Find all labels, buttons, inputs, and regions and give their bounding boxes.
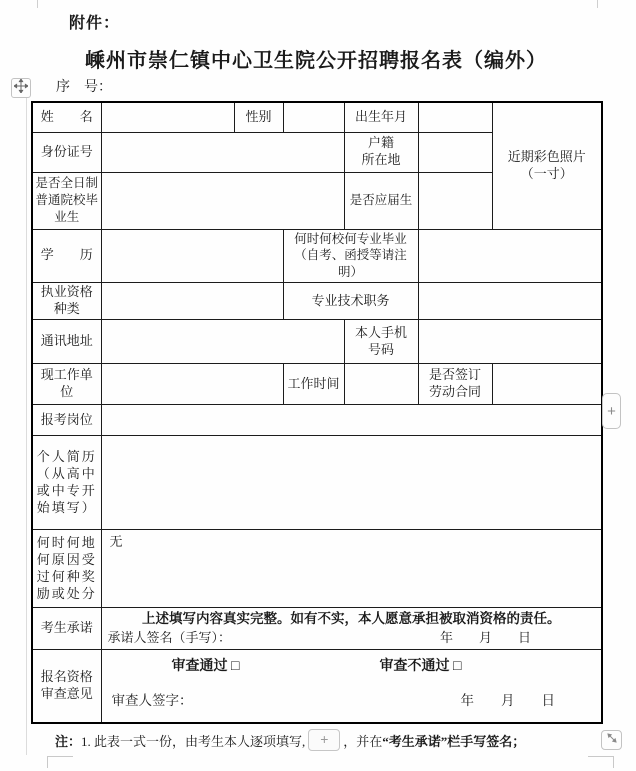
reviewer-sign-label: 审查人签字： xyxy=(112,692,193,710)
graduation-value-cell[interactable] xyxy=(418,229,602,283)
row-awards: 何时何地 何原因受 过何种奖 励或处分 无 xyxy=(32,530,602,608)
position-label: 报考岗位 xyxy=(32,405,101,436)
row-position: 报考岗位 xyxy=(32,405,602,436)
fulltime-value-cell[interactable] xyxy=(101,172,344,229)
mobile-value-cell[interactable] xyxy=(418,320,602,364)
table-move-handle[interactable] xyxy=(11,78,31,98)
row-resume: 个人简历 （从高中 或中专开 始填写） xyxy=(32,436,602,530)
review-date-label: 年 月 日 xyxy=(461,692,556,710)
move-icon xyxy=(14,79,28,98)
table-side-add-button[interactable]: + xyxy=(602,393,621,429)
attachment-label: 附件： xyxy=(69,10,120,33)
labor-contract-label: 是否签订 劳动合同 xyxy=(418,364,492,405)
gender-label: 性别 xyxy=(234,102,283,132)
employer-label: 现工作单 位 xyxy=(32,364,101,405)
footnote-text-before: 1. 此表一式一份，由考生本人逐项填写, xyxy=(81,731,305,750)
commitment-statement: 上述填写内容真实完整。如有不实，本人愿意承担被取消资格的责任。 xyxy=(102,610,602,628)
page-title: 嵊州市崇仁镇中心卫生院公开招聘报名表（编外） xyxy=(31,44,601,73)
awards-label: 何时何地 何原因受 过何种奖 励或处分 xyxy=(32,530,101,608)
address-label: 通讯地址 xyxy=(32,320,101,364)
birth-value-cell[interactable] xyxy=(418,102,492,132)
education-label: 学 历 xyxy=(32,229,101,283)
address-value-cell[interactable] xyxy=(101,320,344,364)
review-cell[interactable]: 审查通过 □ 审查不通过 □ 审查人签字： 年 月 日 xyxy=(101,649,602,723)
footnote-text-after: ，并在 xyxy=(343,731,382,750)
photo-placeholder-cell[interactable]: 近期彩色照片 （一寸） xyxy=(492,102,602,229)
birth-label: 出生年月 xyxy=(344,102,418,132)
professional-title-value-cell[interactable] xyxy=(418,283,602,320)
footnote-text-bold: “考生承诺”栏手写签名； xyxy=(382,731,525,750)
id-value-cell[interactable] xyxy=(101,132,344,172)
name-value-cell[interactable] xyxy=(101,102,234,132)
row-name: 姓 名 性别 出生年月 近期彩色照片 （一寸） xyxy=(32,102,602,132)
work-time-label: 工作时间 xyxy=(283,364,344,405)
row-commitment: 考生承诺 上述填写内容真实完整。如有不实，本人愿意承担被取消资格的责任。 承诺人… xyxy=(32,608,602,649)
text-boundary-mark-bottom-left xyxy=(47,756,73,768)
row-review: 报名资格 审查意见 审查通过 □ 审查不通过 □ 审查人签字： 年 月 日 xyxy=(32,649,602,723)
fresh-graduate-value-cell[interactable] xyxy=(418,172,492,229)
work-time-value-cell[interactable] xyxy=(344,364,418,405)
awards-value-cell[interactable]: 无 xyxy=(101,530,602,608)
footnote-inline-add-button[interactable]: + xyxy=(308,729,340,751)
resume-value-cell[interactable] xyxy=(101,436,602,530)
practice-cert-label: 执业资格 种类 xyxy=(32,283,101,320)
resize-diagonal-icon xyxy=(606,731,618,749)
application-form-table: 姓 名 性别 出生年月 近期彩色照片 （一寸） 身份证号 户籍 所在地 是否全日… xyxy=(31,101,603,724)
commitment-date-label: 年 月 日 xyxy=(440,630,531,647)
review-label: 报名资格 审查意见 xyxy=(32,649,101,723)
id-label: 身份证号 xyxy=(32,132,101,172)
position-value-cell[interactable] xyxy=(101,405,602,436)
review-fail-checkbox[interactable]: 审查不通过 □ xyxy=(379,658,461,676)
serial-number-label: 序 号： xyxy=(56,76,112,96)
row-practice-cert: 执业资格 种类 专业技术职务 xyxy=(32,283,602,320)
labor-contract-value-cell[interactable] xyxy=(492,364,602,405)
fresh-graduate-label: 是否应届生 xyxy=(344,172,418,229)
education-value-cell[interactable] xyxy=(101,229,283,283)
row-education: 学 历 何时何校何专业毕业 （自考、函授等请注明） xyxy=(32,229,602,283)
residence-label: 户籍 所在地 xyxy=(344,132,418,172)
resume-label: 个人简历 （从高中 或中专开 始填写） xyxy=(32,436,101,530)
fulltime-label: 是否全日制 普通院校毕 业生 xyxy=(32,172,101,229)
professional-title-label: 专业技术职务 xyxy=(283,283,418,320)
practice-cert-value-cell[interactable] xyxy=(101,283,283,320)
text-boundary-mark-top-left xyxy=(37,0,38,8)
table-resize-handle[interactable] xyxy=(601,730,622,750)
text-boundary-mark-bottom-right xyxy=(588,756,614,768)
employer-value-cell[interactable] xyxy=(101,364,283,405)
residence-value-cell[interactable] xyxy=(418,132,492,172)
commitment-label: 考生承诺 xyxy=(32,608,101,649)
commitment-sign-label: 承诺人签名（手写）： xyxy=(108,630,232,647)
footnote: 注：1. 此表一式一份，由考生本人逐项填写,+，并在“考生承诺”栏手写签名； xyxy=(55,729,595,751)
plus-icon: + xyxy=(607,403,616,420)
commitment-cell[interactable]: 上述填写内容真实完整。如有不实，本人愿意承担被取消资格的责任。 承诺人签名（手写… xyxy=(101,608,602,649)
gender-value-cell[interactable] xyxy=(283,102,344,132)
footnote-prefix: 注： xyxy=(55,731,81,750)
row-address: 通讯地址 本人手机 号码 xyxy=(32,320,602,364)
row-employer: 现工作单 位 工作时间 是否签订 劳动合同 xyxy=(32,364,602,405)
graduation-label: 何时何校何专业毕业 （自考、函授等请注明） xyxy=(283,229,418,283)
text-boundary-mark-top-right xyxy=(597,0,598,8)
text-boundary-line-left xyxy=(26,95,27,755)
review-pass-checkbox[interactable]: 审查通过 □ xyxy=(172,658,240,676)
name-label: 姓 名 xyxy=(32,102,101,132)
mobile-label: 本人手机 号码 xyxy=(344,320,418,364)
document-page: 附件： 嵊州市崇仁镇中心卫生院公开招聘报名表（编外） 序 号： 姓 名 性别 出… xyxy=(0,0,636,771)
